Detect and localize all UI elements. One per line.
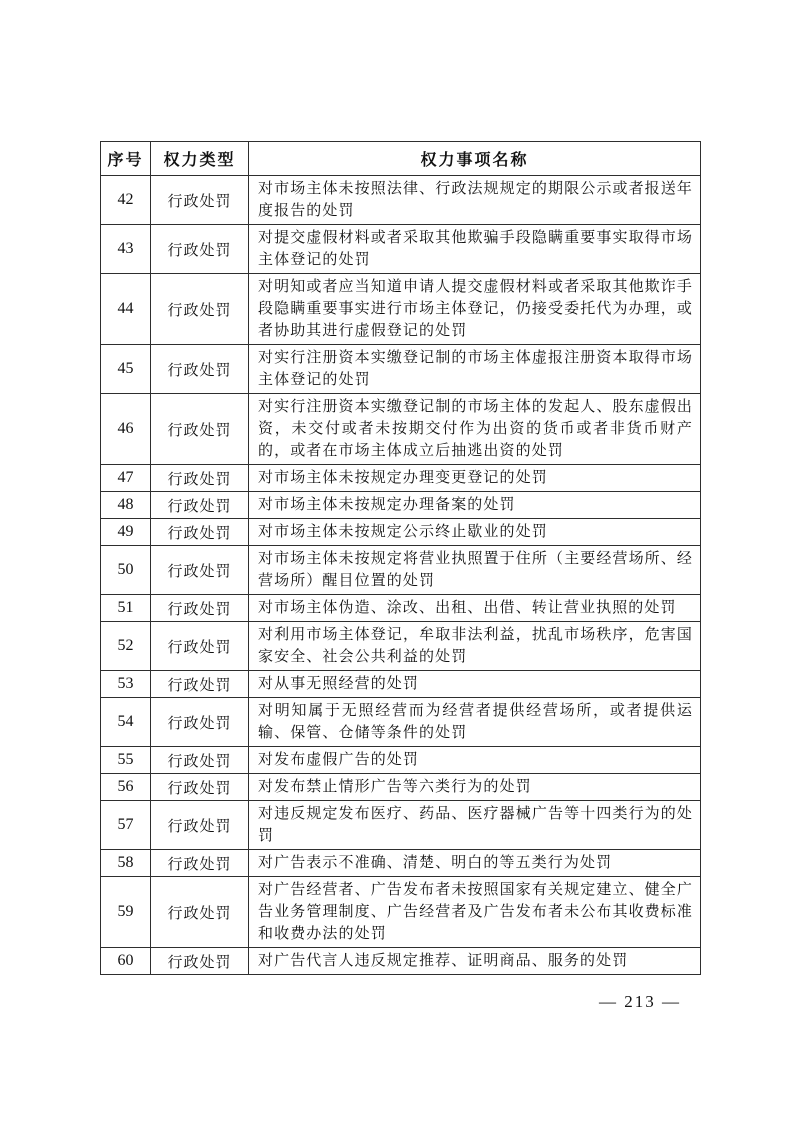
- power-item-name-cell: 对发布禁止情形广告等六类行为的处罚: [249, 774, 701, 801]
- power-type-cell: 行政处罚: [151, 671, 249, 698]
- power-item-name-cell: 对从事无照经营的处罚: [249, 671, 701, 698]
- table-header-row: 序号 权力类型 权力事项名称: [101, 142, 701, 176]
- serial-number-cell: 42: [101, 176, 151, 225]
- serial-number-cell: 56: [101, 774, 151, 801]
- power-type-cell: 行政处罚: [151, 801, 249, 850]
- table-row: 50行政处罚对市场主体未按规定将营业执照置于住所（主要经营场所、经营场所）醒目位…: [101, 546, 701, 595]
- power-type-cell: 行政处罚: [151, 850, 249, 877]
- table-row: 55行政处罚对发布虚假广告的处罚: [101, 747, 701, 774]
- power-type-cell: 行政处罚: [151, 519, 249, 546]
- table-row: 49行政处罚对市场主体未按规定公示终止歇业的处罚: [101, 519, 701, 546]
- table-row: 58行政处罚对广告表示不准确、清楚、明白的等五类行为处罚: [101, 850, 701, 877]
- table-body: 42行政处罚对市场主体未按照法律、行政法规规定的期限公示或者报送年度报告的处罚4…: [101, 176, 701, 975]
- table-row: 42行政处罚对市场主体未按照法律、行政法规规定的期限公示或者报送年度报告的处罚: [101, 176, 701, 225]
- power-type-cell: 行政处罚: [151, 877, 249, 948]
- serial-number-cell: 47: [101, 465, 151, 492]
- table-row: 44行政处罚对明知或者应当知道申请人提交虚假材料或者采取其他欺诈手段隐瞒重要事实…: [101, 274, 701, 345]
- power-type-cell: 行政处罚: [151, 345, 249, 394]
- page-number: — 213 —: [560, 992, 720, 1012]
- serial-number-cell: 45: [101, 345, 151, 394]
- power-item-name-cell: 对明知或者应当知道申请人提交虚假材料或者采取其他欺诈手段隐瞒重要事实进行市场主体…: [249, 274, 701, 345]
- power-item-name-cell: 对发布虚假广告的处罚: [249, 747, 701, 774]
- table-row: 51行政处罚对市场主体伪造、涂改、出租、出借、转让营业执照的处罚: [101, 595, 701, 622]
- power-item-name-cell: 对广告表示不准确、清楚、明白的等五类行为处罚: [249, 850, 701, 877]
- power-item-name-cell: 对实行注册资本实缴登记制的市场主体的发起人、股东虚假出资，未交付或者未按期交付作…: [249, 394, 701, 465]
- power-type-cell: 行政处罚: [151, 622, 249, 671]
- table-row: 54行政处罚对明知属于无照经营而为经营者提供经营场所，或者提供运输、保管、仓储等…: [101, 698, 701, 747]
- power-type-cell: 行政处罚: [151, 274, 249, 345]
- power-type-cell: 行政处罚: [151, 774, 249, 801]
- power-item-name-cell: 对利用市场主体登记，牟取非法利益，扰乱市场秩序，危害国家安全、社会公共利益的处罚: [249, 622, 701, 671]
- power-type-cell: 行政处罚: [151, 546, 249, 595]
- serial-number-cell: 59: [101, 877, 151, 948]
- power-type-cell: 行政处罚: [151, 747, 249, 774]
- power-type-cell: 行政处罚: [151, 698, 249, 747]
- power-item-name-cell: 对明知属于无照经营而为经营者提供经营场所，或者提供运输、保管、仓储等条件的处罚: [249, 698, 701, 747]
- power-items-table: 序号 权力类型 权力事项名称 42行政处罚对市场主体未按照法律、行政法规规定的期…: [100, 141, 701, 975]
- serial-number-cell: 44: [101, 274, 151, 345]
- power-item-name-cell: 对市场主体未按规定公示终止歇业的处罚: [249, 519, 701, 546]
- serial-number-cell: 46: [101, 394, 151, 465]
- serial-number-cell: 58: [101, 850, 151, 877]
- table-row: 56行政处罚对发布禁止情形广告等六类行为的处罚: [101, 774, 701, 801]
- power-item-name-cell: 对市场主体未按规定办理变更登记的处罚: [249, 465, 701, 492]
- serial-number-cell: 48: [101, 492, 151, 519]
- serial-number-cell: 54: [101, 698, 151, 747]
- power-item-name-cell: 对市场主体未按规定办理备案的处罚: [249, 492, 701, 519]
- table-row: 59行政处罚对广告经营者、广告发布者未按照国家有关规定建立、健全广告业务管理制度…: [101, 877, 701, 948]
- table-row: 48行政处罚对市场主体未按规定办理备案的处罚: [101, 492, 701, 519]
- serial-number-cell: 49: [101, 519, 151, 546]
- column-header-serial-number: 序号: [101, 142, 151, 176]
- power-type-cell: 行政处罚: [151, 394, 249, 465]
- power-item-name-cell: 对实行注册资本实缴登记制的市场主体虚报注册资本取得市场主体登记的处罚: [249, 345, 701, 394]
- serial-number-cell: 53: [101, 671, 151, 698]
- power-item-name-cell: 对提交虚假材料或者采取其他欺骗手段隐瞒重要事实取得市场主体登记的处罚: [249, 225, 701, 274]
- serial-number-cell: 50: [101, 546, 151, 595]
- power-item-name-cell: 对市场主体未按规定将营业执照置于住所（主要经营场所、经营场所）醒目位置的处罚: [249, 546, 701, 595]
- power-type-cell: 行政处罚: [151, 595, 249, 622]
- serial-number-cell: 55: [101, 747, 151, 774]
- column-header-power-item-name: 权力事项名称: [249, 142, 701, 176]
- power-type-cell: 行政处罚: [151, 948, 249, 975]
- table-row: 53行政处罚对从事无照经营的处罚: [101, 671, 701, 698]
- table-row: 60行政处罚对广告代言人违反规定推荐、证明商品、服务的处罚: [101, 948, 701, 975]
- serial-number-cell: 60: [101, 948, 151, 975]
- table-row: 46行政处罚对实行注册资本实缴登记制的市场主体的发起人、股东虚假出资，未交付或者…: [101, 394, 701, 465]
- power-item-name-cell: 对市场主体伪造、涂改、出租、出借、转让营业执照的处罚: [249, 595, 701, 622]
- table-row: 57行政处罚对违反规定发布医疗、药品、医疗器械广告等十四类行为的处罚: [101, 801, 701, 850]
- power-type-cell: 行政处罚: [151, 225, 249, 274]
- table-row: 43行政处罚对提交虚假材料或者采取其他欺骗手段隐瞒重要事实取得市场主体登记的处罚: [101, 225, 701, 274]
- table-row: 45行政处罚对实行注册资本实缴登记制的市场主体虚报注册资本取得市场主体登记的处罚: [101, 345, 701, 394]
- power-type-cell: 行政处罚: [151, 492, 249, 519]
- power-item-name-cell: 对广告经营者、广告发布者未按照国家有关规定建立、健全广告业务管理制度、广告经营者…: [249, 877, 701, 948]
- power-item-name-cell: 对违反规定发布医疗、药品、医疗器械广告等十四类行为的处罚: [249, 801, 701, 850]
- table-row: 52行政处罚对利用市场主体登记，牟取非法利益，扰乱市场秩序，危害国家安全、社会公…: [101, 622, 701, 671]
- power-item-name-cell: 对广告代言人违反规定推荐、证明商品、服务的处罚: [249, 948, 701, 975]
- power-item-name-cell: 对市场主体未按照法律、行政法规规定的期限公示或者报送年度报告的处罚: [249, 176, 701, 225]
- serial-number-cell: 52: [101, 622, 151, 671]
- power-type-cell: 行政处罚: [151, 176, 249, 225]
- document-page: 序号 权力类型 权力事项名称 42行政处罚对市场主体未按照法律、行政法规规定的期…: [0, 0, 793, 1122]
- table-row: 47行政处罚对市场主体未按规定办理变更登记的处罚: [101, 465, 701, 492]
- power-type-cell: 行政处罚: [151, 465, 249, 492]
- column-header-power-type: 权力类型: [151, 142, 249, 176]
- serial-number-cell: 57: [101, 801, 151, 850]
- serial-number-cell: 43: [101, 225, 151, 274]
- serial-number-cell: 51: [101, 595, 151, 622]
